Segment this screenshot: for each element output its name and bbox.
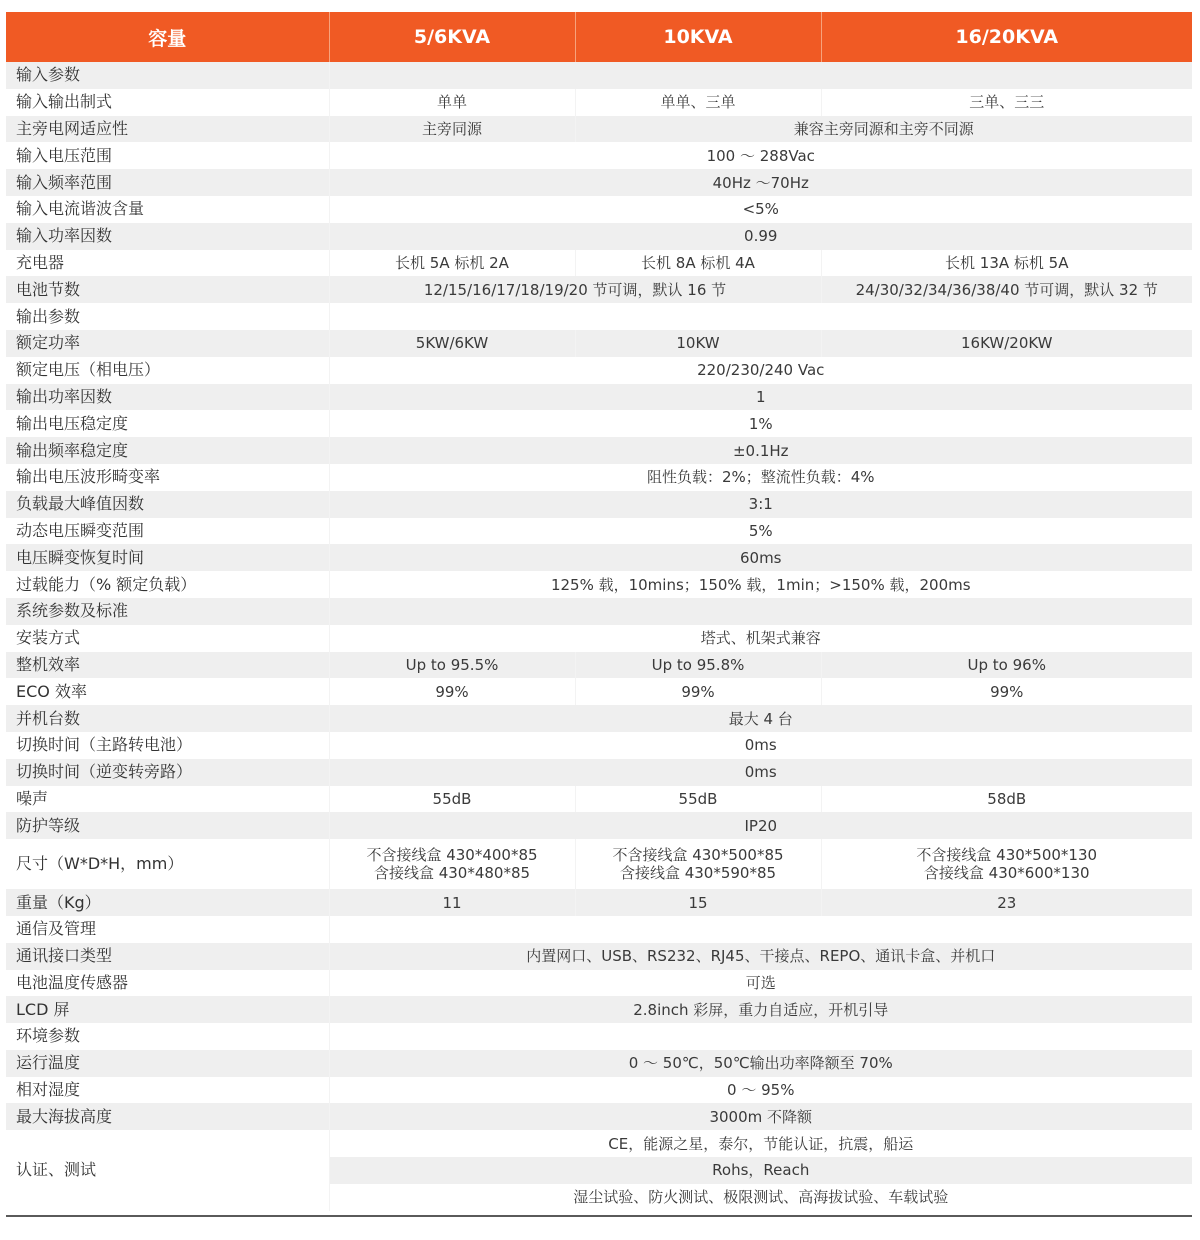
table-row: 充电器长机 5A 标机 2A长机 8A 标机 4A长机 13A 标机 5A	[6, 250, 1192, 277]
table-row: 最大海拔高度3000m 不降额	[6, 1103, 1192, 1130]
cell-value: 三单、三三	[821, 89, 1192, 116]
row-label: 安装方式	[6, 625, 329, 652]
cell-value: 不含接线盒 430*500*130含接线盒 430*600*130	[821, 839, 1192, 889]
section-row-input: 输入参数	[6, 62, 1192, 89]
cell-value: 5%	[329, 518, 1192, 545]
section-row-system: 系统参数及标准	[6, 598, 1192, 625]
row-label: 输出频率稳定度	[6, 437, 329, 464]
cell-value: 40Hz ～70Hz	[329, 169, 1192, 196]
table-row: 输出电压稳定度1%	[6, 410, 1192, 437]
cell-value: 58dB	[821, 786, 1192, 813]
row-label: ECO 效率	[6, 678, 329, 705]
cell-value: 兼容主旁同源和主旁不同源	[575, 116, 1192, 143]
header-capacity: 容量	[6, 12, 329, 62]
cell-value: 10KW	[575, 330, 821, 357]
cell-value: IP20	[329, 812, 1192, 839]
table-row: 电池节数12/15/16/17/18/19/20 节可调，默认 16 节24/3…	[6, 276, 1192, 303]
row-label: 相对湿度	[6, 1077, 329, 1104]
table-row: 切换时间（主路转电池）0ms	[6, 732, 1192, 759]
cell-value: 主旁同源	[329, 116, 575, 143]
cell-value: 0.99	[329, 223, 1192, 250]
header-10kva: 10KVA	[575, 12, 821, 62]
row-label: 额定电压（相电压）	[6, 357, 329, 384]
header-row: 容量 5/6KVA 10KVA 16/20KVA	[6, 12, 1192, 62]
table-row: 噪声55dB55dB58dB	[6, 786, 1192, 813]
cell-value: 3000m 不降额	[329, 1103, 1192, 1130]
cell-value: 长机 8A 标机 4A	[575, 250, 821, 277]
section-label: 通信及管理	[6, 916, 329, 943]
row-label: 动态电压瞬变范围	[6, 518, 329, 545]
table-row: 输入电压范围100 ～ 288Vac	[6, 142, 1192, 169]
cell-value: 55dB	[329, 786, 575, 813]
row-label: 输入频率范围	[6, 169, 329, 196]
cell-value: 15	[575, 889, 821, 916]
cell-value: 2.8inch 彩屏，重力自适应，开机引导	[329, 996, 1192, 1023]
header-16-20kva: 16/20KVA	[821, 12, 1192, 62]
table-row: 防护等级IP20	[6, 812, 1192, 839]
table-row: 电压瞬变恢复时间60ms	[6, 544, 1192, 571]
cell-value: 0ms	[329, 759, 1192, 786]
table-row: 过载能力（% 额定负载）125% 载，10mins；150% 载，1min；>1…	[6, 571, 1192, 598]
table-row: 主旁电网适应性主旁同源兼容主旁同源和主旁不同源	[6, 116, 1192, 143]
row-label: 电池节数	[6, 276, 329, 303]
table-row: 并机台数最大 4 台	[6, 705, 1192, 732]
cell-value: 99%	[575, 678, 821, 705]
table-row: 输入输出制式单单单单、三单三单、三三	[6, 89, 1192, 116]
cell-value: 99%	[821, 678, 1192, 705]
cell-value: 可选	[329, 970, 1192, 997]
cell-value: 内置网口、USB、RS232、RJ45、干接点、REPO、通讯卡盒、并机口	[329, 943, 1192, 970]
cell-value: 阻性负载：2%；整流性负载：4%	[329, 464, 1192, 491]
row-label: 防护等级	[6, 812, 329, 839]
cell-value: 99%	[329, 678, 575, 705]
table-row: LCD 屏2.8inch 彩屏，重力自适应，开机引导	[6, 996, 1192, 1023]
section-row-env: 环境参数	[6, 1023, 1192, 1050]
ups-spec-table: 容量 5/6KVA 10KVA 16/20KVA 输入参数 输入输出制式单单单单…	[6, 12, 1192, 1211]
cell-value: 不含接线盒 430*500*85含接线盒 430*590*85	[575, 839, 821, 889]
row-label: 主旁电网适应性	[6, 116, 329, 143]
cell-value: 24/30/32/34/36/38/40 节可调，默认 32 节	[821, 276, 1192, 303]
header-5-6kva: 5/6KVA	[329, 12, 575, 62]
cell-value: 单单	[329, 89, 575, 116]
cell-value: Up to 96%	[821, 652, 1192, 679]
cell-value: 100 ～ 288Vac	[329, 142, 1192, 169]
table-row: ECO 效率99%99%99%	[6, 678, 1192, 705]
row-label: 切换时间（逆变转旁路）	[6, 759, 329, 786]
table-row: 重量（Kg）111523	[6, 889, 1192, 916]
row-label: 输入电流谐波含量	[6, 196, 329, 223]
row-label: 负载最大峰值因数	[6, 491, 329, 518]
cell-value: 16KW/20KW	[821, 330, 1192, 357]
row-label: 输出电压波形畸变率	[6, 464, 329, 491]
table-row-dimensions: 尺寸（W*D*H，mm） 不含接线盒 430*400*85含接线盒 430*48…	[6, 839, 1192, 889]
table-row: 输入频率范围40Hz ～70Hz	[6, 169, 1192, 196]
row-label: 运行温度	[6, 1050, 329, 1077]
row-label: 并机台数	[6, 705, 329, 732]
dim-without-box: 不含接线盒 430*400*85	[330, 846, 575, 864]
cell-value: 5KW/6KW	[329, 330, 575, 357]
row-label: 通讯接口类型	[6, 943, 329, 970]
table-row: 输入电流谐波含量<5%	[6, 196, 1192, 223]
cell-value: 125% 载，10mins；150% 载，1min；>150% 载，200ms	[329, 571, 1192, 598]
section-label: 系统参数及标准	[6, 598, 329, 625]
row-label: 噪声	[6, 786, 329, 813]
cell-value: Up to 95.5%	[329, 652, 575, 679]
row-label: 尺寸（W*D*H，mm）	[6, 839, 329, 889]
cell-value: Rohs，Reach	[329, 1157, 1192, 1184]
table-row: 额定电压（相电压）220/230/240 Vac	[6, 357, 1192, 384]
row-label: 整机效率	[6, 652, 329, 679]
table-row-certification: 认证、测试 CE，能源之星，泰尔，节能认证，抗震，船运	[6, 1130, 1192, 1157]
cell-value: 220/230/240 Vac	[329, 357, 1192, 384]
cell-value: 单单、三单	[575, 89, 821, 116]
table-row: 整机效率Up to 95.5%Up to 95.8%Up to 96%	[6, 652, 1192, 679]
row-label: 过载能力（% 额定负载）	[6, 571, 329, 598]
row-label: 认证、测试	[6, 1130, 329, 1210]
row-label: 切换时间（主路转电池）	[6, 732, 329, 759]
dim-with-box: 含接线盒 430*480*85	[330, 864, 575, 882]
cell-value: 0 ～ 95%	[329, 1077, 1192, 1104]
section-row-output: 输出参数	[6, 303, 1192, 330]
row-label: 输入功率因数	[6, 223, 329, 250]
row-label: 最大海拔高度	[6, 1103, 329, 1130]
cell-value: 1%	[329, 410, 1192, 437]
cell-value: 12/15/16/17/18/19/20 节可调，默认 16 节	[329, 276, 821, 303]
section-label: 输出参数	[6, 303, 329, 330]
cell-value: 11	[329, 889, 575, 916]
row-label: 电池温度传感器	[6, 970, 329, 997]
section-label: 环境参数	[6, 1023, 329, 1050]
cell-value: ±0.1Hz	[329, 437, 1192, 464]
row-label: 重量（Kg）	[6, 889, 329, 916]
bottom-rule	[6, 1215, 1192, 1217]
cell-value: 湿尘试验、防火测试、极限测试、高海拔试验、车载试验	[329, 1184, 1192, 1211]
row-label: LCD 屏	[6, 996, 329, 1023]
cell-value: CE，能源之星，泰尔，节能认证，抗震，船运	[329, 1130, 1192, 1157]
section-row-comm: 通信及管理	[6, 916, 1192, 943]
cell-value: 长机 13A 标机 5A	[821, 250, 1192, 277]
table-row: 输入功率因数0.99	[6, 223, 1192, 250]
cell-value: 0 ～ 50℃，50℃输出功率降额至 70%	[329, 1050, 1192, 1077]
table-row: 运行温度0 ～ 50℃，50℃输出功率降额至 70%	[6, 1050, 1192, 1077]
dim-without-box: 不含接线盒 430*500*130	[822, 846, 1193, 864]
table-row: 安装方式塔式、机架式兼容	[6, 625, 1192, 652]
cell-value: 23	[821, 889, 1192, 916]
row-label: 额定功率	[6, 330, 329, 357]
cell-value: 0ms	[329, 732, 1192, 759]
dim-without-box: 不含接线盒 430*500*85	[576, 846, 821, 864]
row-label: 充电器	[6, 250, 329, 277]
table-row: 输出电压波形畸变率阻性负载：2%；整流性负载：4%	[6, 464, 1192, 491]
cell-value: 60ms	[329, 544, 1192, 571]
section-label: 输入参数	[6, 62, 329, 89]
cell-value: 55dB	[575, 786, 821, 813]
cell-value: Up to 95.8%	[575, 652, 821, 679]
table-row: 输出频率稳定度±0.1Hz	[6, 437, 1192, 464]
cell-value: 塔式、机架式兼容	[329, 625, 1192, 652]
table-row: 切换时间（逆变转旁路）0ms	[6, 759, 1192, 786]
row-label: 输出电压稳定度	[6, 410, 329, 437]
table-row: 电池温度传感器可选	[6, 970, 1192, 997]
table-row: 动态电压瞬变范围5%	[6, 518, 1192, 545]
row-label: 输入电压范围	[6, 142, 329, 169]
cell-value: <5%	[329, 196, 1192, 223]
dim-with-box: 含接线盒 430*600*130	[822, 864, 1193, 882]
row-label: 输出功率因数	[6, 384, 329, 411]
row-label: 输入输出制式	[6, 89, 329, 116]
cell-value: 长机 5A 标机 2A	[329, 250, 575, 277]
cell-value: 1	[329, 384, 1192, 411]
table-row: 额定功率5KW/6KW10KW16KW/20KW	[6, 330, 1192, 357]
cell-value: 不含接线盒 430*400*85含接线盒 430*480*85	[329, 839, 575, 889]
table-row: 通讯接口类型内置网口、USB、RS232、RJ45、干接点、REPO、通讯卡盒、…	[6, 943, 1192, 970]
row-label: 电压瞬变恢复时间	[6, 544, 329, 571]
cell-value: 3:1	[329, 491, 1192, 518]
table-row: 输出功率因数1	[6, 384, 1192, 411]
table-row: 负载最大峰值因数3:1	[6, 491, 1192, 518]
cell-value: 最大 4 台	[329, 705, 1192, 732]
table-row: 相对湿度0 ～ 95%	[6, 1077, 1192, 1104]
dim-with-box: 含接线盒 430*590*85	[576, 864, 821, 882]
